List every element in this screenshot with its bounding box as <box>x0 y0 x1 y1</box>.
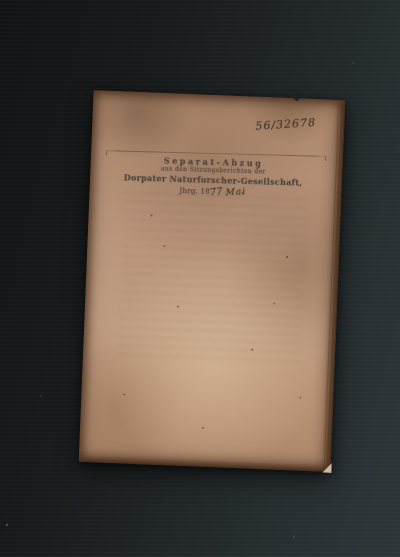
document-paper: 56/32678 Separat-Abzug aus den Sitzungsb… <box>79 90 346 472</box>
foxing-specks <box>93 90 95 92</box>
photo-backdrop: 56/32678 Separat-Abzug aus den Sitzungsb… <box>0 0 400 557</box>
backdrop-dust-specks <box>0 0 2 2</box>
stamp-block: Separat-Abzug aus den Sitzungsberichten … <box>90 153 337 201</box>
stamp-month-handwritten: Mai <box>225 187 246 199</box>
show-through-text <box>118 192 306 363</box>
top-edge-tear <box>291 97 301 101</box>
page-edges-bottom <box>82 455 329 472</box>
catalog-number-handwritten: 56/32678 <box>255 116 316 133</box>
stamp-year-printed: Jhrg. 18 <box>179 186 210 196</box>
stamp-year-handwritten: 77 <box>209 186 223 198</box>
